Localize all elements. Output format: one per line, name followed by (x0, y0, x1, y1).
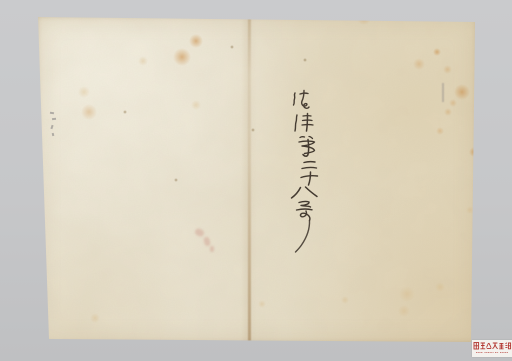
foxing-stain (433, 48, 441, 56)
foxing-stain (78, 86, 90, 98)
ink-speck (123, 110, 127, 114)
calligraphy-char-hou (294, 91, 310, 109)
calligraphy-char-ni (302, 162, 317, 169)
pencil-mark (52, 133, 55, 136)
ink-bleedthrough-mark (194, 227, 205, 237)
foxing-stain (443, 65, 452, 74)
fold-crease (248, 17, 251, 342)
ink-bleedthrough-mark (203, 236, 211, 246)
foxing-stain (436, 127, 444, 135)
paper-texture-overlay (38, 17, 476, 342)
calligraphy-char-hachi (292, 187, 318, 198)
foxing-stain (189, 34, 203, 48)
ink-speck (174, 178, 178, 182)
archives-watermark: 国立公文書館 National Archives of Japan (472, 340, 512, 357)
calligraphy-char-juu (301, 172, 318, 185)
pencil-mark (50, 112, 54, 114)
brush-tail-stroke (296, 221, 310, 253)
foxing-stain (466, 206, 474, 214)
foxing-stain (469, 147, 479, 157)
pencil-mark (50, 125, 53, 129)
pencil-mark (52, 118, 56, 120)
paper-edge-shading (38, 17, 476, 342)
foxing-stain (258, 300, 266, 308)
foxing-stain (357, 11, 371, 25)
foxing-stain (398, 305, 410, 317)
watermark-glyphs (472, 340, 512, 357)
foxing-stain (435, 282, 445, 292)
foxing-stain (454, 84, 470, 100)
foxing-stain (81, 104, 97, 120)
foxing-stain (138, 56, 148, 66)
foxing-stain (444, 108, 452, 116)
foxing-stain (191, 100, 201, 110)
pencil-mark (442, 83, 444, 102)
calligraphy-brush-strokes (286, 87, 326, 257)
ink-speck (230, 45, 234, 49)
document-paper: 法律第二十八号 (38, 17, 476, 342)
ink-speck (303, 58, 307, 62)
foxing-stain (449, 99, 457, 107)
foxing-stain (413, 58, 425, 70)
calligraphy-char-ritsu (295, 114, 313, 132)
foxing-stain (399, 286, 415, 302)
foxing-stain (341, 296, 349, 304)
calligraphy-column: 法律第二十八号 (286, 87, 326, 257)
archival-scan-background: 法律第二十八号 (0, 0, 512, 361)
ink-bleedthrough-mark (210, 246, 214, 252)
foxing-stain (90, 313, 100, 323)
calligraphy-char-gou (296, 202, 313, 252)
calligraphy-char-dai (299, 137, 315, 157)
foxing-stain (173, 48, 191, 66)
